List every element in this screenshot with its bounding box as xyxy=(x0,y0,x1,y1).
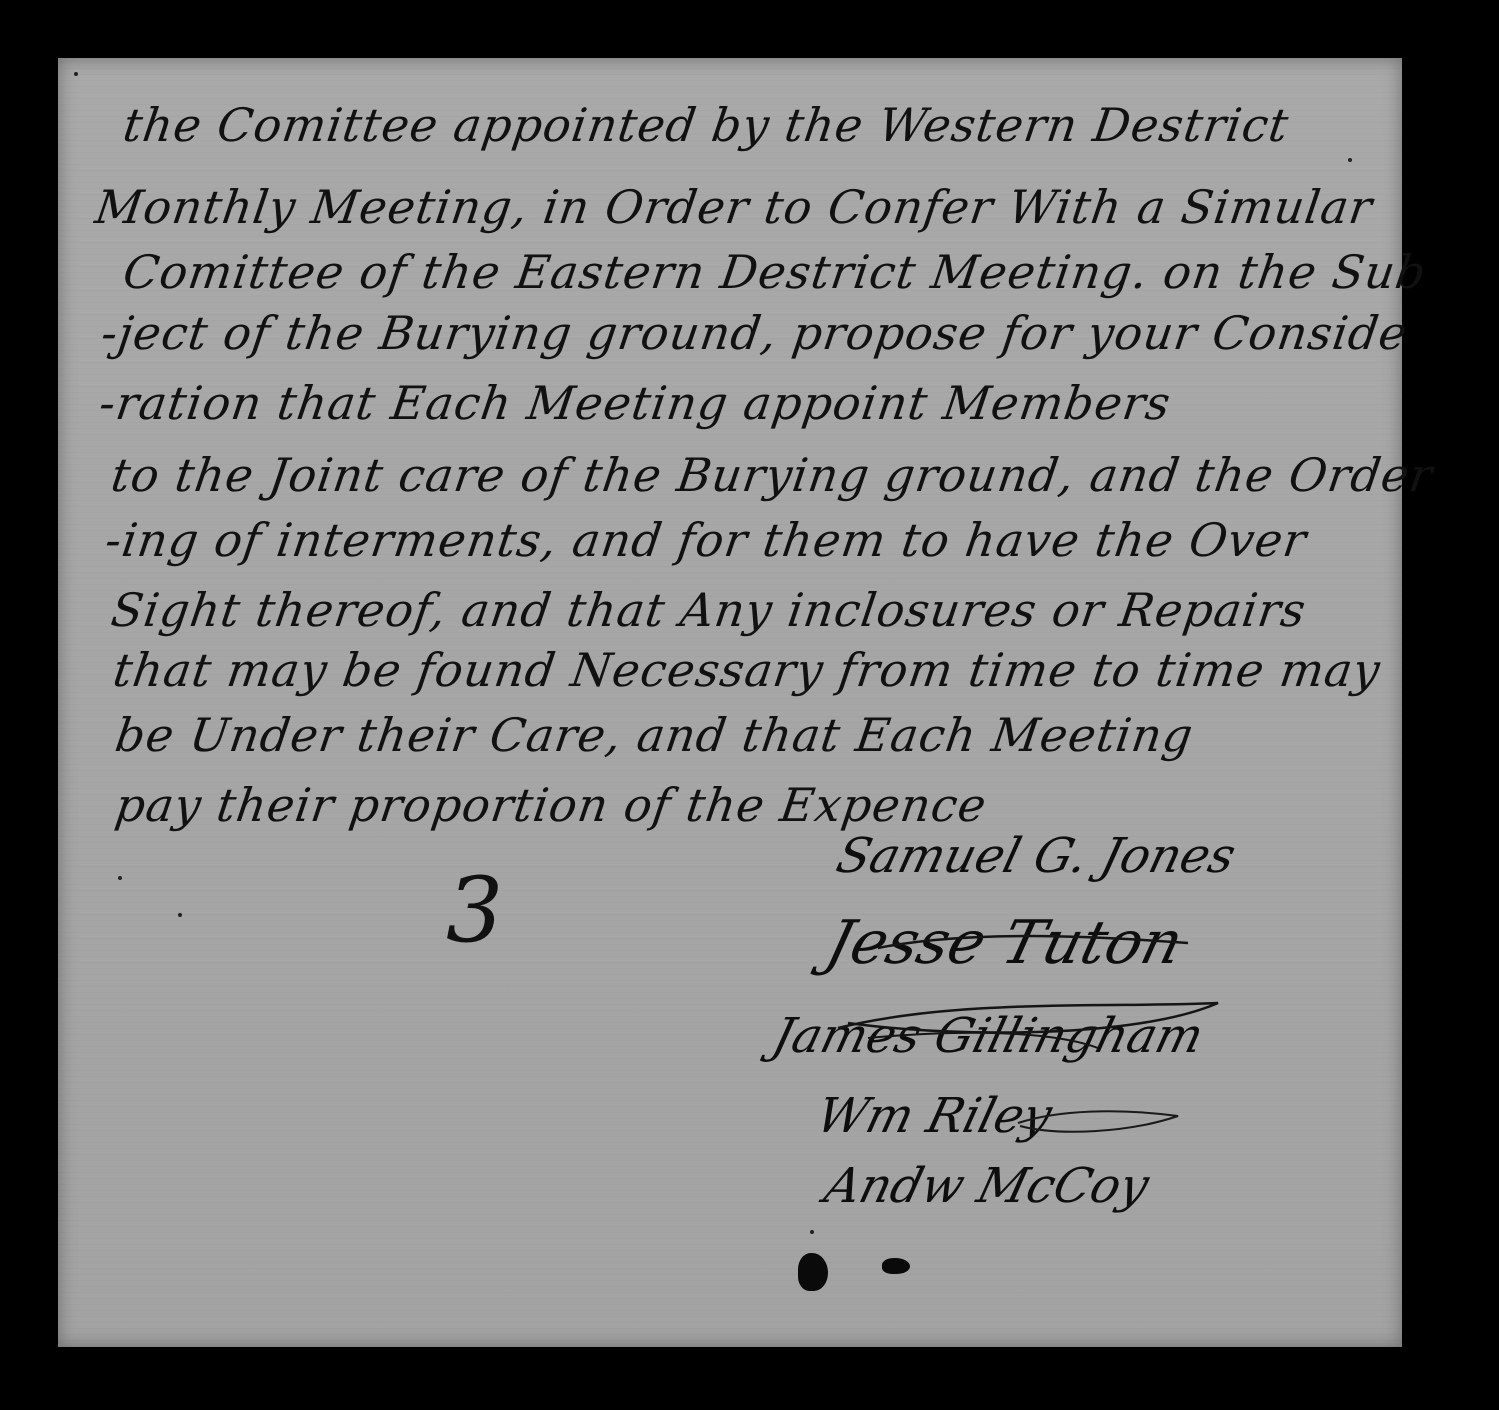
paper-speck xyxy=(118,876,122,880)
signature-andw-mccoy: Andw McCoy xyxy=(819,1158,1154,1214)
body-line-10: be Under their Care, and that Each Meeti… xyxy=(112,708,1197,762)
ink-blot xyxy=(882,1258,910,1274)
body-line-6: to the Joint care of the Burying ground,… xyxy=(108,448,1437,502)
body-line-8: Sight thereof, and that Any inclosures o… xyxy=(108,583,1310,637)
body-line-1: the Comittee appointed by the Western De… xyxy=(120,98,1292,152)
signature-james-gillingham: James Gillingham xyxy=(767,1008,1209,1064)
manuscript-page: the Comittee appointed by the Western De… xyxy=(58,58,1402,1347)
paper-speck xyxy=(74,72,78,76)
signature-wm-riley: Wm Riley xyxy=(811,1088,1057,1144)
body-line-9: that may be found Necessary from time to… xyxy=(110,643,1384,697)
signature-jesse-tuton: Jesse Tuton xyxy=(819,908,1190,978)
body-line-11: pay their proportion of the Expence xyxy=(112,778,990,832)
paper-speck xyxy=(178,913,182,917)
signature-samuel-jones: Samuel G. Jones xyxy=(831,828,1241,884)
paper-speck xyxy=(810,1230,814,1234)
body-line-4: -ject of the Burying ground, propose for… xyxy=(98,306,1411,360)
body-line-7: -ing of interments, and for them to have… xyxy=(102,513,1310,567)
body-line-2: Monthly Meeting, in Order to Confer With… xyxy=(92,180,1376,234)
body-line-5: -ration that Each Meeting appoint Member… xyxy=(96,376,1174,430)
ink-blot xyxy=(798,1253,828,1291)
paper-speck xyxy=(1348,158,1352,162)
body-line-3: Comittee of the Eastern Destrict Meeting… xyxy=(120,245,1430,299)
page-number: 3 xyxy=(446,858,503,963)
